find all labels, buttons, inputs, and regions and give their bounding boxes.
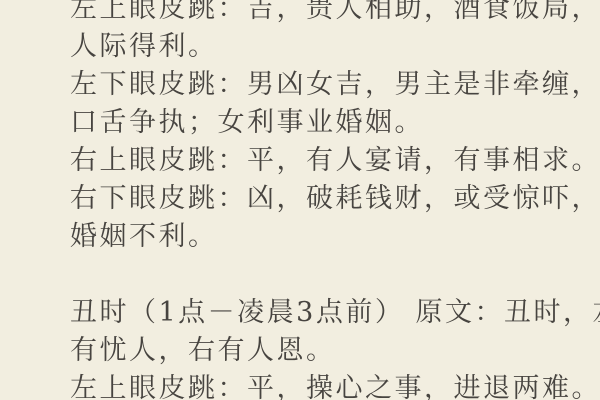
text-line: 左上眼皮跳：平，操心之事，进退两难。 [70,370,570,400]
text-line: 左上眼皮跳：吉，贵人相助，酒食饭局， [70,0,570,28]
text-line: 右上眼皮跳：平，有人宴请，有事相求。 [70,142,570,180]
text-line: 口舌争执；女利事业婚姻。 [70,104,570,142]
blank-line [70,256,570,294]
text-line: 婚姻不利。 [70,218,570,256]
text-line: 丑时（1点－凌晨3点前） 原文：丑时，左 [70,294,570,332]
text-line: 右下眼皮跳：凶，破耗钱财，或受惊吓， [70,180,570,218]
text-line: 有忧人，右有人恩。 [70,332,570,370]
text-line: 左下眼皮跳：男凶女吉，男主是非牵缠， [70,66,570,104]
article-body: 左上眼皮跳：吉，贵人相助，酒食饭局， 人际得利。 左下眼皮跳：男凶女吉，男主是非… [70,0,570,400]
text-line: 人际得利。 [70,28,570,66]
